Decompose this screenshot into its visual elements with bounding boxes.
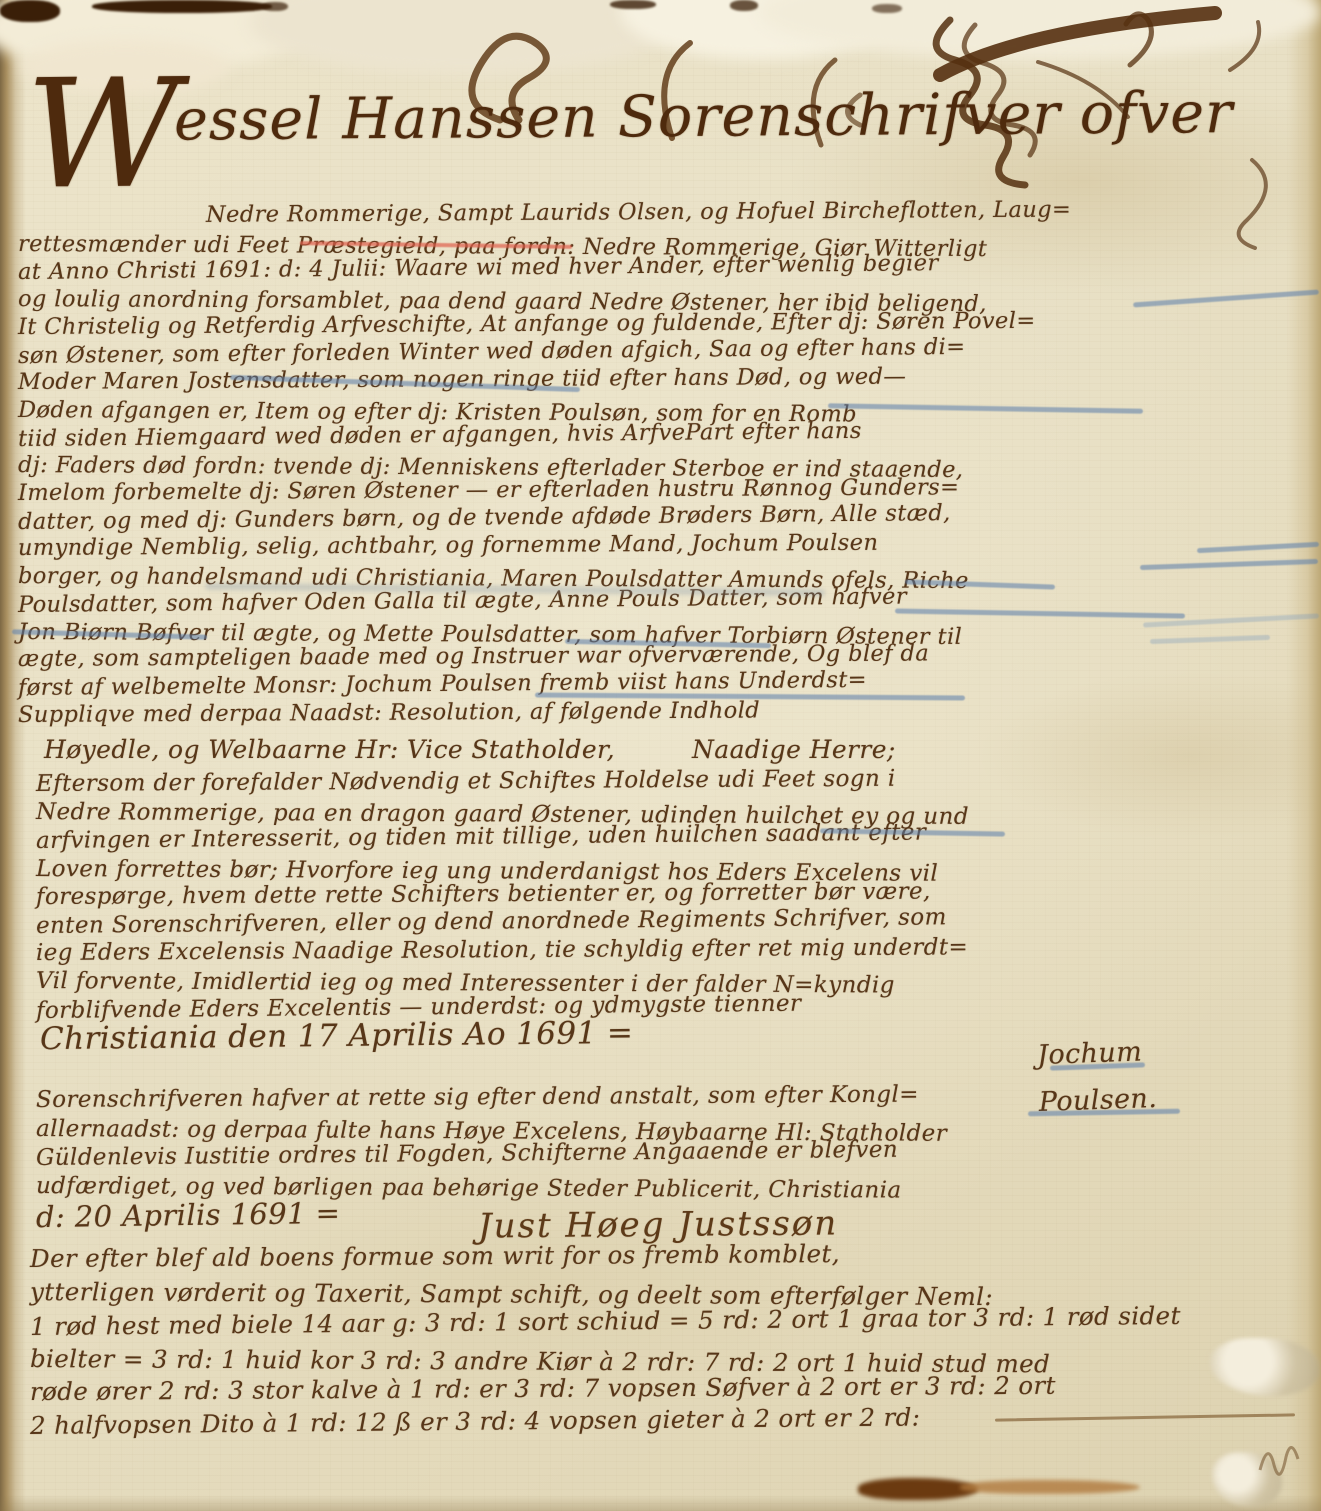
resolution-dateline: d: 20 Aprilis 1691 =	[36, 1196, 341, 1234]
appraisal-paragraph: Der efter blef ald boens formue som writ…	[30, 1242, 1314, 1442]
top-ink-mark	[0, 0, 60, 22]
resolution-paragraph: Sorenschrifveren hafver at rette sig eft…	[36, 1086, 1312, 1200]
manuscript-page: Wessel Hanssen Sorenschrifver ofver Nedr…	[0, 0, 1321, 1511]
petition-salutation: Høyedle, og Welbaarne Hr: Vice Statholde…	[44, 735, 1284, 764]
manuscript-line: Nedre Rommerige, Sampt Laurids Olsen, og…	[18, 195, 1316, 231]
petition-dateline: Christiania den 17 Aprilis Ao 1691 =	[40, 1015, 634, 1057]
top-ink-mark	[92, 0, 272, 13]
petition-paragraph: Eftersom der forefalder Nødvendig et Sch…	[36, 770, 1312, 1024]
top-ink-mark	[262, 2, 288, 11]
manuscript-line: Eftersom der forefalder Nødvendig et Sch…	[36, 762, 1312, 798]
intro-paragraph: Nedre Rommerige, Sampt Laurids Olsen, og…	[18, 203, 1316, 729]
heading-initial: W	[25, 47, 174, 222]
salutation-right: Naadige Herre;	[692, 735, 896, 764]
marginal-scribble	[1255, 1430, 1321, 1480]
top-ink-mark	[730, 0, 758, 11]
document-heading: Wessel Hanssen Sorenschrifver ofver	[26, 79, 1317, 180]
bottom-edge-shadow	[0, 1495, 1321, 1511]
signature-line: Jochum	[1036, 1028, 1156, 1079]
manuscript-line: Der efter blef ald boens formue som writ…	[30, 1234, 1314, 1275]
top-ink-mark	[610, 0, 656, 9]
manuscript-line: umyndige Nemblig, selig, achtbahr, og fo…	[18, 528, 1316, 564]
ink-smear	[960, 1480, 1140, 1494]
salutation-left: Høyedle, og Welbaarne Hr: Vice Statholde…	[44, 735, 615, 764]
heading-text: essel Hanssen Sorenschrifver ofver	[174, 80, 1234, 153]
